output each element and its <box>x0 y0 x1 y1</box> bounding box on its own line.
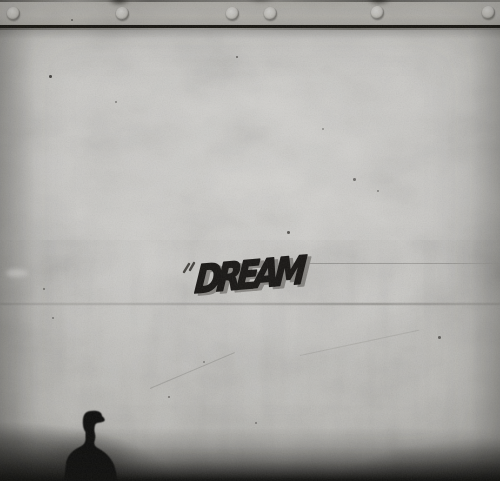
top-smudge <box>103 0 135 9</box>
wall-speck <box>438 336 441 339</box>
bottom-right-shadow <box>300 438 500 481</box>
photo-frame: DREAM DREAM <box>0 0 500 481</box>
rivet <box>116 7 129 20</box>
wall-speck <box>52 317 54 319</box>
wall-seam-lower <box>0 303 500 305</box>
bottom-left-shadow <box>0 420 210 481</box>
wall-specks <box>0 0 500 481</box>
wall-speck <box>255 422 257 424</box>
riveted-band-top-edge <box>0 0 500 2</box>
rivet-row <box>0 0 500 26</box>
wall-speck <box>115 101 117 103</box>
vignette <box>0 0 500 481</box>
figure-shadow-halo <box>53 438 125 481</box>
wall-speck <box>322 128 324 130</box>
graffiti-tick-marks <box>184 263 194 272</box>
band-dark-line <box>0 25 500 28</box>
graffiti-text: DREAM <box>193 248 308 302</box>
rivet <box>7 7 20 20</box>
rivet <box>371 6 384 19</box>
wall-speck <box>236 56 238 58</box>
light-speckle-overlay <box>0 0 500 481</box>
top-smudge <box>362 0 396 9</box>
graffiti-dream: DREAM DREAM <box>180 247 305 309</box>
drip-streak-overlay <box>0 240 500 481</box>
stain-noise-overlay <box>0 0 500 481</box>
rivet <box>482 6 495 19</box>
wall-scratch <box>150 352 235 389</box>
wall-speck <box>49 75 52 78</box>
riveted-band <box>0 0 500 26</box>
film-grain-overlay <box>0 0 500 481</box>
ground-shadow <box>0 428 500 481</box>
band-cast-shadow <box>0 30 500 39</box>
wall-speck <box>353 178 356 181</box>
wall-speck <box>43 288 45 290</box>
rivet <box>226 7 239 20</box>
top-smudge <box>240 0 282 6</box>
wall-surface <box>0 0 500 481</box>
man-silhouette <box>55 398 130 481</box>
rivet <box>264 7 277 20</box>
wall-light-patch <box>6 269 28 277</box>
wall-speck <box>203 361 205 363</box>
wall-scratch <box>300 330 420 356</box>
wall-seam-upper <box>235 263 500 264</box>
man-silhouette-path <box>64 411 117 481</box>
wall-speck <box>377 190 379 192</box>
wall-speck <box>168 396 170 398</box>
wall-speck <box>71 19 73 21</box>
band-secondary-line <box>0 28 500 30</box>
graffiti-shadow-text: DREAM <box>197 251 312 305</box>
wall-speck <box>287 231 290 234</box>
